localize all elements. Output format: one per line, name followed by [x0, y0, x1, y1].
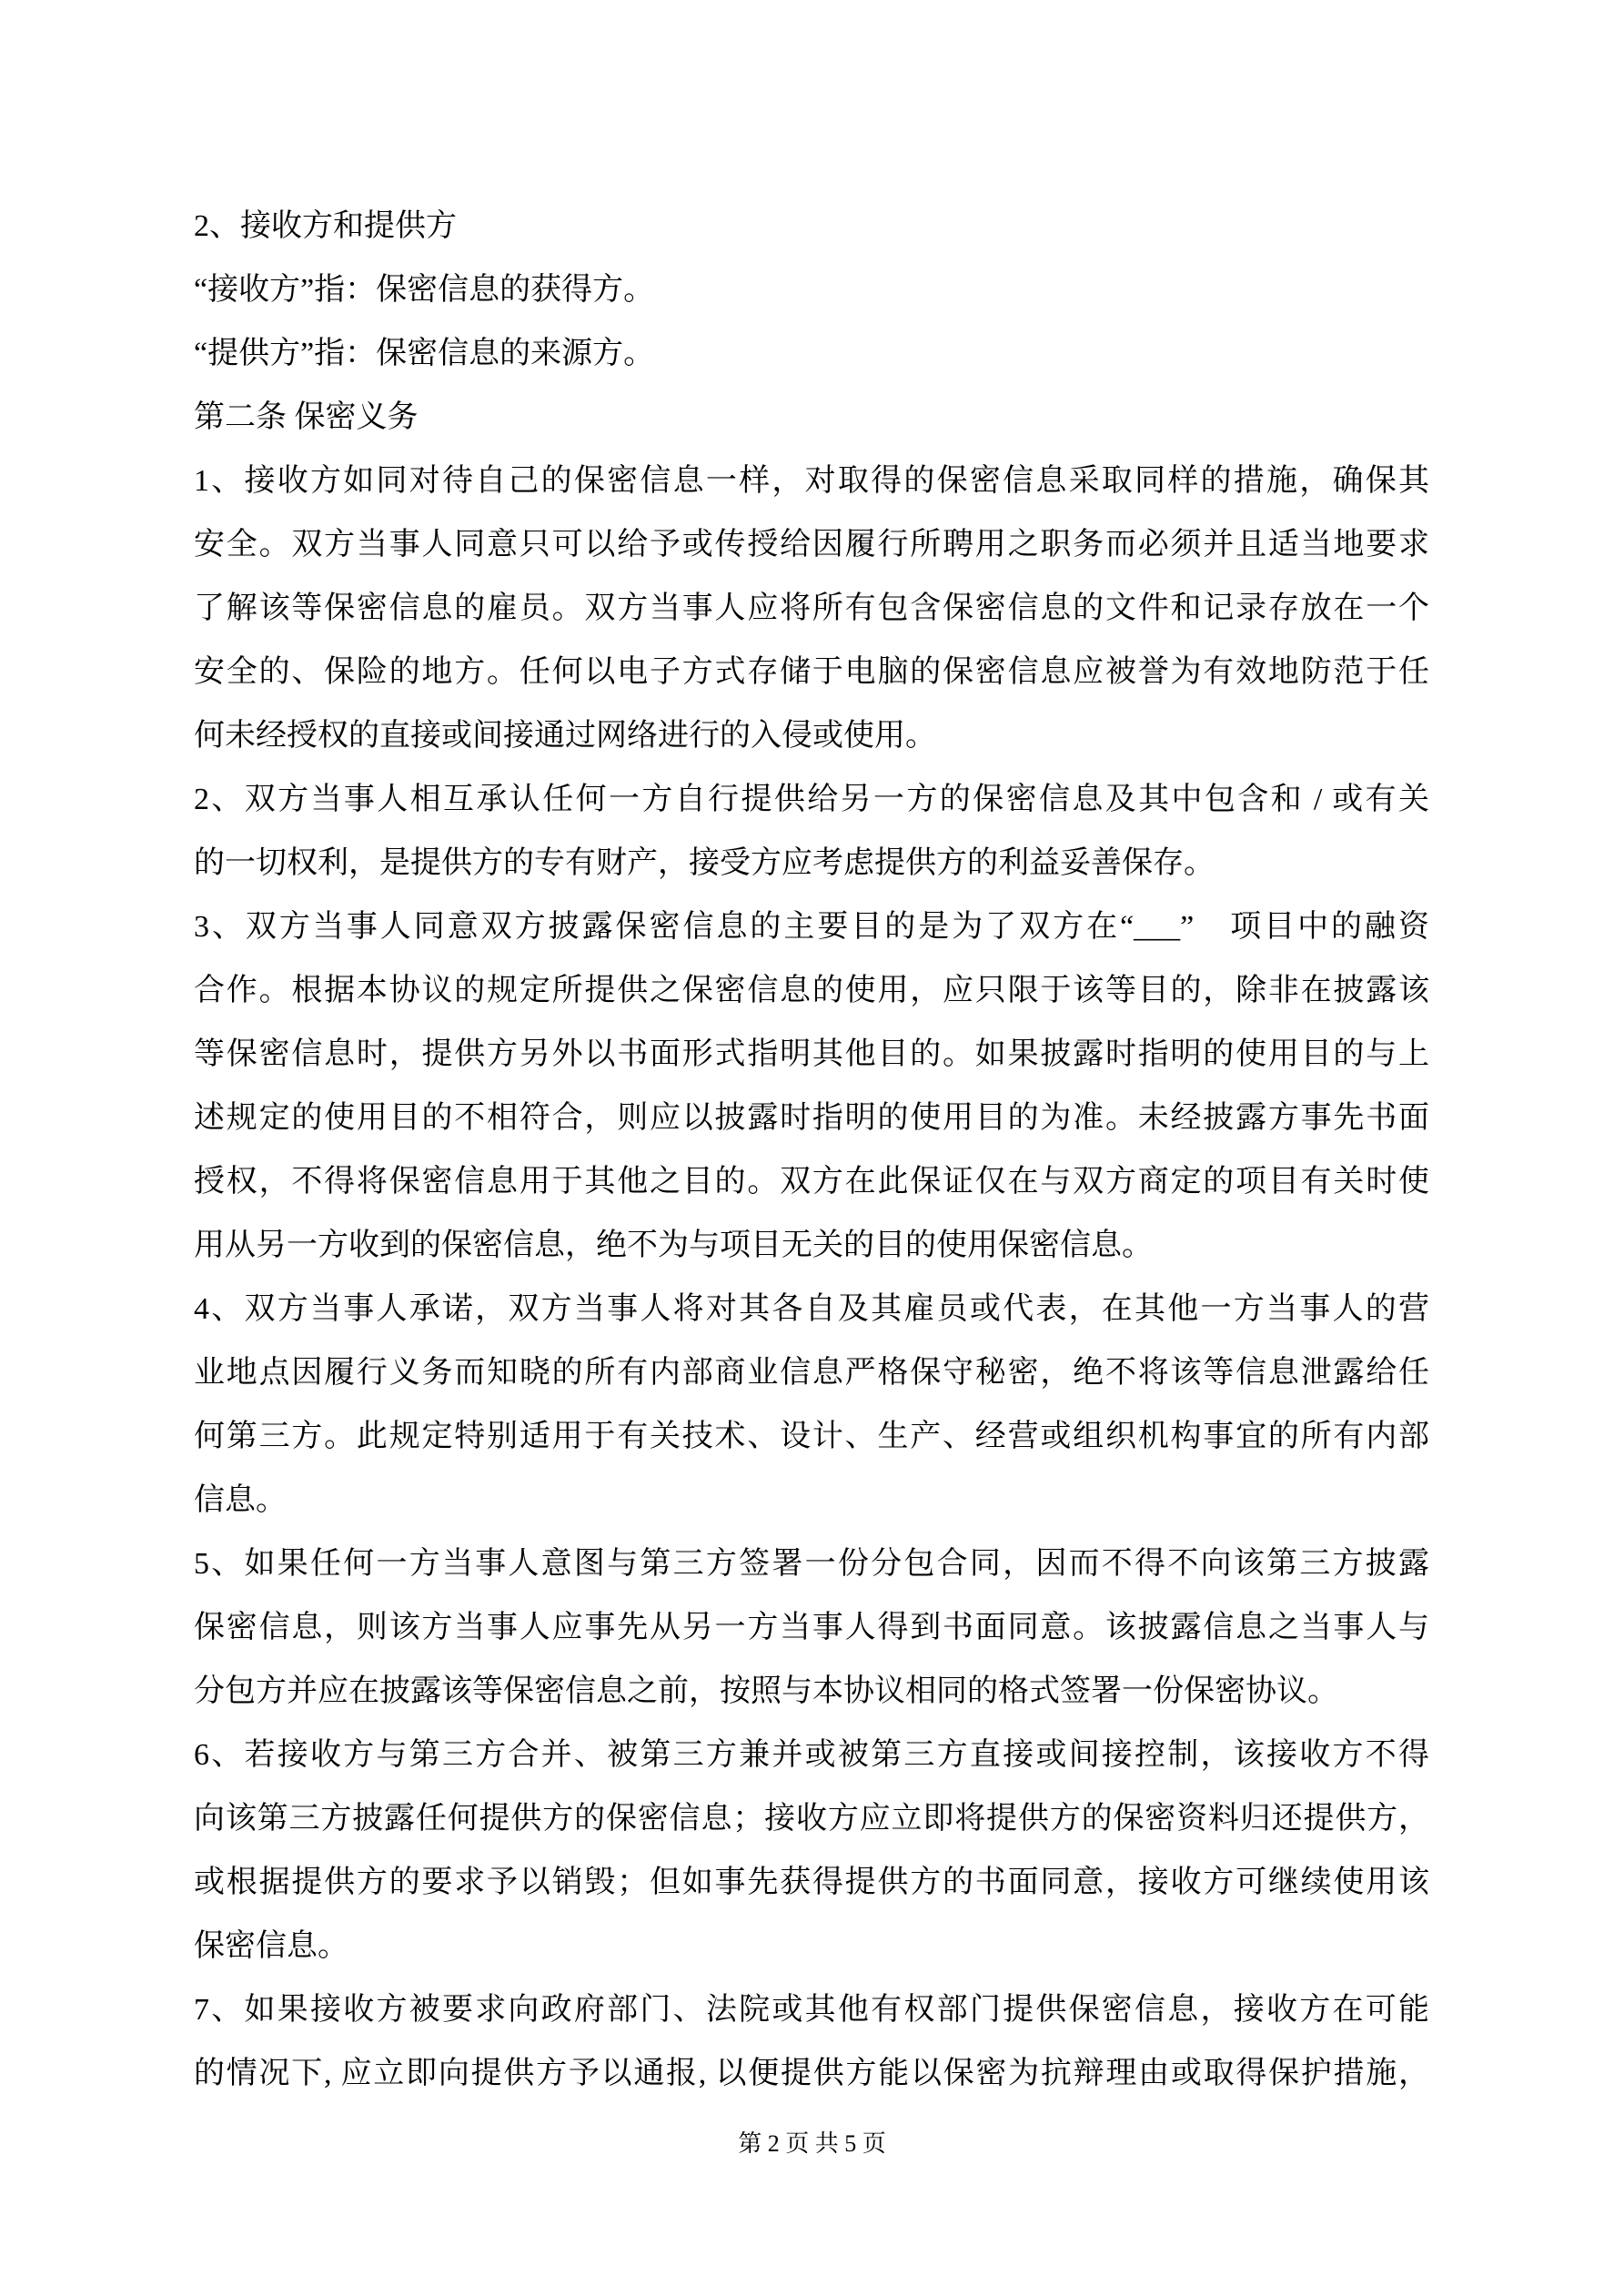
- document-line: 合作。根据本协议的规定所提供之保密信息的使用，应只限于该等目的，除非在披露该: [194, 959, 1429, 1023]
- document-line: 保密信息，则该方当事人应事先从另一方当事人得到书面同意。该披露信息之当事人与: [194, 1596, 1429, 1660]
- document-line: “接收方”指：保密信息的获得方。: [194, 258, 1429, 322]
- document-line: 述规定的使用目的不相符合，则应以披露时指明的使用目的为准。未经披露方事先书面: [194, 1087, 1429, 1150]
- document-line: 用从另一方收到的保密信息，绝不为与项目无关的目的使用保密信息。: [194, 1214, 1429, 1278]
- document-line: 6、若接收方与第三方合并、被第三方兼并或被第三方直接或间接控制，该接收方不得: [194, 1724, 1429, 1787]
- document-line: 分包方并应在披露该等保密信息之前，按照与本协议相同的格式签署一份保密协议。: [194, 1660, 1429, 1724]
- page-footer: 第 2 页 共 5 页: [0, 2126, 1624, 2162]
- document-line: “提供方”指：保密信息的来源方。: [194, 322, 1429, 386]
- document-line: 向该第三方披露任何提供方的保密信息；接收方应立即将提供方的保密资料归还提供方，: [194, 1787, 1429, 1851]
- document-line: 保密信息。: [194, 1915, 1429, 1978]
- document-line: 信息。: [194, 1469, 1429, 1532]
- document-line: 的情况下, 应立即向提供方予以通报, 以便提供方能以保密为抗辩理由或取得保护措施…: [194, 2042, 1429, 2106]
- document-line: 的一切权利，是提供方的专有财产，接受方应考虑提供方的利益妥善保存。: [194, 832, 1429, 895]
- document-line: 安全的、保险的地方。任何以电子方式存储于电脑的保密信息应被誉为有效地防范于任: [194, 641, 1429, 704]
- section-heading: 第二条 保密义务: [194, 386, 1429, 450]
- document-line: 1、接收方如同对待自己的保密信息一样，对取得的保密信息采取同样的措施，确保其: [194, 450, 1429, 513]
- document-line: 或根据提供方的要求予以销毁；但如事先获得提供方的书面同意，接收方可继续使用该: [194, 1851, 1429, 1915]
- document-line: 4、双方当事人承诺，双方当事人将对其各自及其雇员或代表，在其他一方当事人的营: [194, 1278, 1429, 1341]
- document-line: 5、如果任何一方当事人意图与第三方签署一份分包合同，因而不得不向该第三方披露: [194, 1532, 1429, 1596]
- document-line: 授权，不得将保密信息用于其他之目的。双方在此保证仅在与双方商定的项目有关时使: [194, 1150, 1429, 1214]
- document-body: 2、接收方和提供方 “接收方”指：保密信息的获得方。 “提供方”指：保密信息的来…: [194, 195, 1429, 2106]
- document-line: 了解该等保密信息的雇员。双方当事人应将所有包含保密信息的文件和记录存放在一个: [194, 577, 1429, 641]
- document-line: 业地点因履行义务而知晓的所有内部商业信息严格保守秘密，绝不将该等信息泄露给任: [194, 1341, 1429, 1405]
- document-line: 7、如果接收方被要求向政府部门、法院或其他有权部门提供保密信息，接收方在可能: [194, 1978, 1429, 2042]
- document-page: 2、接收方和提供方 “接收方”指：保密信息的获得方。 “提供方”指：保密信息的来…: [0, 0, 1624, 2296]
- document-line: 何第三方。此规定特别适用于有关技术、设计、生产、经营或组织机构事宜的所有内部: [194, 1405, 1429, 1469]
- document-line: 等保密信息时，提供方另外以书面形式指明其他目的。如果披露时指明的使用目的与上: [194, 1023, 1429, 1087]
- document-line: 何未经授权的直接或间接通过网络进行的入侵或使用。: [194, 704, 1429, 768]
- document-line: 3、双方当事人同意双方披露保密信息的主要目的是为了双方在“___” 项目中的融资: [194, 895, 1429, 959]
- document-line: 2、接收方和提供方: [194, 195, 1429, 258]
- document-line: 2、双方当事人相互承认任何一方自行提供给另一方的保密信息及其中包含和 / 或有关: [194, 768, 1429, 832]
- document-line: 安全。双方当事人同意只可以给予或传授给因履行所聘用之职务而必须并且适当地要求: [194, 513, 1429, 577]
